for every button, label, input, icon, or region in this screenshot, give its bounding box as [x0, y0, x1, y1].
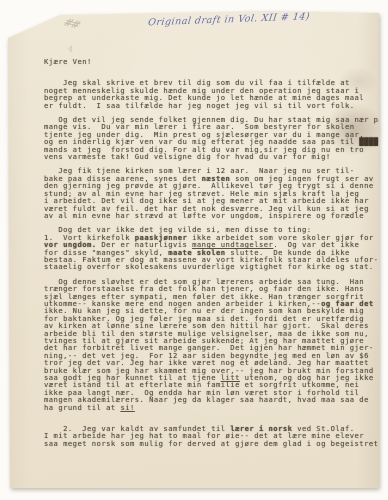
letter-paragraph: Jeg skal skrive et brev til dig som du v…: [44, 79, 379, 109]
letter-line: er fuldt. I saa tilfælde har jeg noget j…: [44, 102, 379, 109]
letter-paragraph: 2. Jeg var kaldt av samfundet til lærer …: [44, 425, 379, 447]
letter-line: staaelig overfor skolesakens uvurderlige…: [44, 263, 379, 270]
letter-body: Kjære Ven! Jeg skal skrive et brev til d…: [44, 58, 379, 488]
letter-line: saa meget norsk som mulig for derved at …: [44, 440, 379, 447]
letter-line: Kjære Ven!: [44, 58, 379, 65]
letter-paragraph: Dog det var ikke det jeg vilde si, men d…: [44, 226, 379, 270]
letter-paragraph: Kjære Ven!: [44, 58, 379, 65]
scanned-letter-canvas: ## 4 Original draft in Vol. XII # 14) Kj…: [0, 0, 388, 500]
letter-page: ## 4 Original draft in Vol. XII # 14) Kj…: [8, 11, 379, 488]
pencil-mark: 4: [68, 44, 80, 54]
letter-line: av al min evne har strævd at løfte vor u…: [44, 212, 379, 219]
letter-paragraph: Og denne sløvhet er det som gjør læreren…: [44, 278, 379, 411]
letter-paragraph: Jeg fik tjene kirken som lærer i 12 aar.…: [44, 167, 379, 219]
letter-line: ha grund til at si!: [44, 404, 379, 411]
letter-line: vens varmeste tak! Gud velsigne dig for …: [44, 153, 379, 160]
letter-paragraph: Og det vil jeg sende folket gjennem dig.…: [44, 116, 379, 160]
